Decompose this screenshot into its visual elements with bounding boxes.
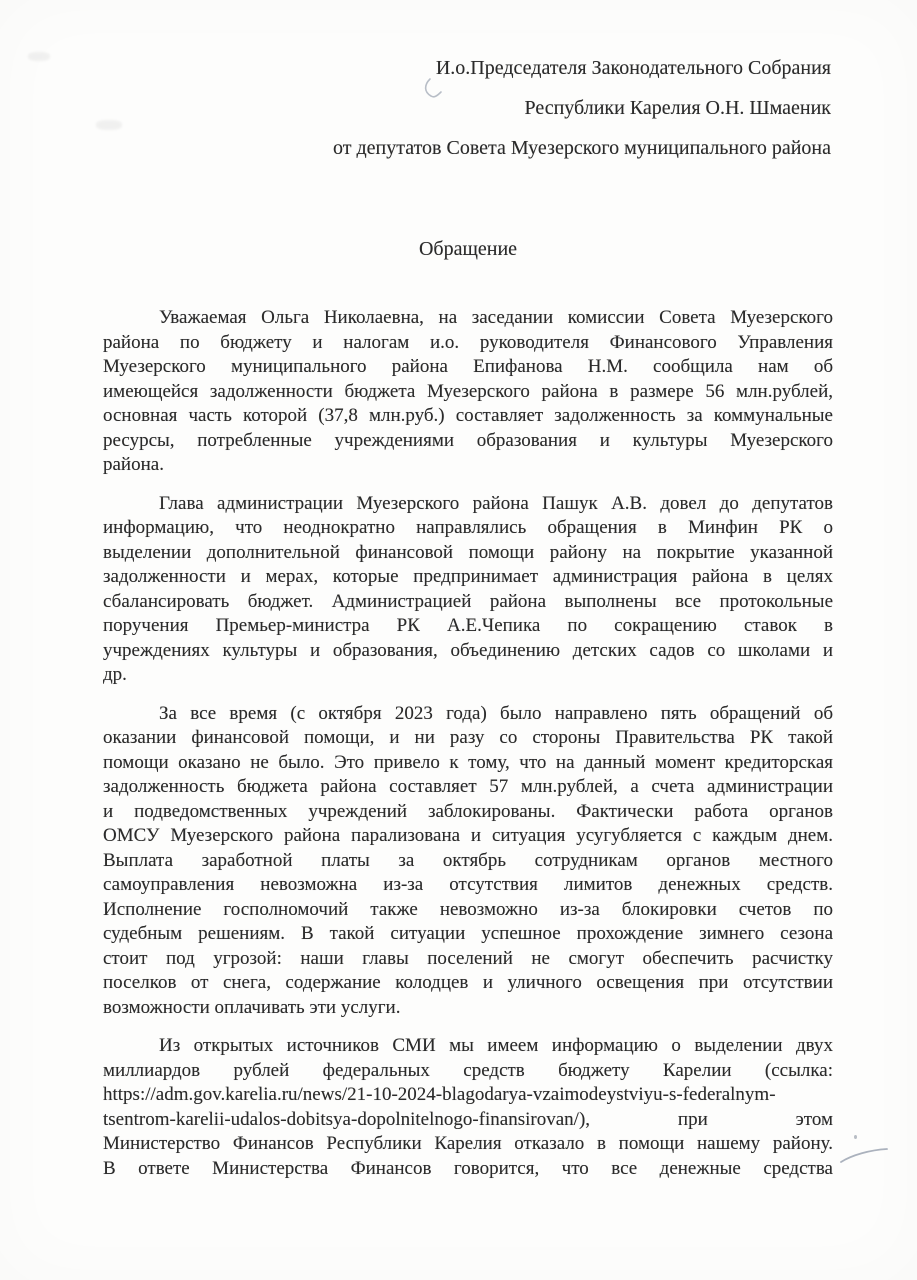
text-line: ресурсы, потребленные учреждениями образ… (103, 429, 833, 454)
text-line: Из открытых источников СМИ мы имеем инфо… (103, 1034, 833, 1059)
text-line: стоит под угрозой: наши главы поселений … (103, 947, 833, 972)
text-line: Глава администрации Муезерского района П… (103, 492, 833, 517)
text-line: др. (103, 663, 833, 688)
text-line: Выплата заработной платы за октябрь сотр… (103, 849, 833, 874)
scan-smudge (28, 52, 50, 61)
text-line: Исполнение госполномочий также невозможн… (103, 898, 833, 923)
letter-title: Обращение (103, 238, 833, 261)
pen-mark-dot-icon (854, 1135, 857, 1139)
recipient-line: И.о.Председателя Законодательного Собран… (333, 48, 831, 88)
paragraph: Глава администрации Муезерского района П… (103, 492, 833, 688)
text-line: самоуправления невозможна из-за отсутств… (103, 873, 833, 898)
text-line: Уважаемая Ольга Николаевна, на заседании… (103, 306, 833, 331)
text-line: миллиардов рублей федеральных средств бю… (103, 1059, 833, 1084)
pen-mark-dash-icon (838, 1144, 890, 1168)
text-line: имеющейся задолженности бюджета Муезерск… (103, 380, 833, 405)
text-line: помощи оказано не было. Это привело к то… (103, 751, 833, 776)
text-line: района по бюджету и налогам и.о. руковод… (103, 331, 833, 356)
text-line: сбалансировать бюджет. Администрацией ра… (103, 590, 833, 615)
text-line: задолженность бюджета района составляет … (103, 775, 833, 800)
text-line: учреждениях культуры и образования, объе… (103, 639, 833, 664)
text-line: основная часть которой (37,8 млн.руб.) с… (103, 404, 833, 429)
text-line: поселков от снега, содержание колодцев и… (103, 971, 833, 996)
text-line: https://adm.gov.karelia.ru/news/21-10-20… (103, 1083, 833, 1108)
text-line: и подведомственных учреждений заблокиров… (103, 800, 833, 825)
text-line: информацию, что неоднократно направлялис… (103, 516, 833, 541)
letter-body: Уважаемая Ольга Николаевна, на заседании… (103, 306, 833, 1195)
text-line: судебным решениям. В такой ситуации успе… (103, 922, 833, 947)
scanned-letter-page: И.о.Председателя Законодательного Собран… (0, 0, 917, 1280)
recipient-block: И.о.Председателя Законодательного Собран… (333, 48, 831, 168)
text-line: оказании финансовой помощи, и ни разу со… (103, 726, 833, 751)
paragraph: Уважаемая Ольга Николаевна, на заседании… (103, 306, 833, 478)
text-line: За все время (с октября 2023 года) было … (103, 702, 833, 727)
text-line: поручения Премьер-министра РК А.Е.Чепика… (103, 614, 833, 639)
recipient-line: Республики Карелия О.Н. Шмаеник (333, 88, 831, 128)
text-line: Муезерского муниципального района Епифан… (103, 355, 833, 380)
text-line: возможности оплачивать эти услуги. (103, 996, 833, 1021)
scan-smudge (96, 120, 122, 130)
text-line: района. (103, 453, 833, 478)
text-line: задолженности и мерах, которые предприни… (103, 565, 833, 590)
text-line: выделении дополнительной финансовой помо… (103, 541, 833, 566)
text-line: В ответе Министерства Финансов говорится… (103, 1157, 833, 1182)
paragraph: Из открытых источников СМИ мы имеем инфо… (103, 1034, 833, 1181)
text-line: ОМСУ Муезерского района парализована и с… (103, 824, 833, 849)
text-line: Министерство Финансов Республики Карелия… (103, 1132, 833, 1157)
paragraph: За все время (с октября 2023 года) было … (103, 702, 833, 1021)
text-line: tsentrom-karelii-udalos-dobitsya-dopolni… (103, 1108, 833, 1133)
recipient-line: от депутатов Совета Муезерского муниципа… (333, 128, 831, 168)
